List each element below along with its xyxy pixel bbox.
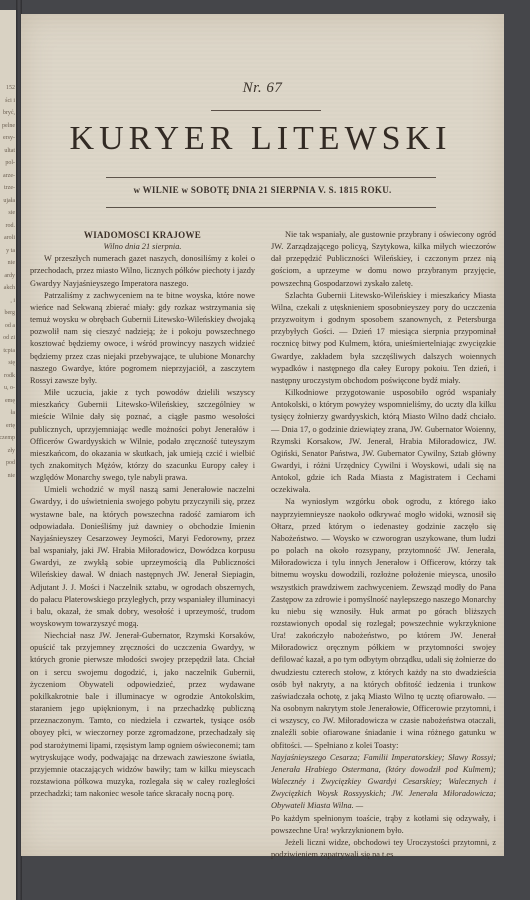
toasts-list: Nayjaśnieyszego Cesarza; Familii Imperat…: [271, 752, 496, 813]
masthead-title: KURYER LITEWSKI: [33, 120, 488, 158]
paragraph: Nie tak wspaniały, ale gustownie przybra…: [271, 229, 496, 290]
adjacent-page-text: emę: [5, 398, 15, 405]
adjacent-page-text: trze-: [4, 185, 15, 192]
adjacent-page-text: ertę: [6, 423, 15, 430]
paragraph: Umieli wchodzić w myśl naszą sami Jenera…: [30, 484, 255, 630]
adjacent-page-text: ultat: [4, 148, 15, 155]
adjacent-page-text: nie: [8, 260, 15, 267]
paragraph: Patrzaliśmy z zachwyceniem na te bitne w…: [30, 290, 255, 387]
paragraph: Miłe uczucia, jakie z tych powodów dziel…: [30, 387, 255, 484]
newspaper-page: Nr. 67 KURYER LITEWSKI w WILNIE w SOBOTĘ…: [21, 14, 504, 856]
adjacent-page-text: ujała: [3, 198, 15, 205]
adjacent-page-text: zły: [8, 448, 15, 455]
divider: [211, 110, 321, 111]
adjacent-page-text: rod.: [6, 223, 16, 230]
adjacent-page-text: pelne: [2, 123, 15, 130]
divider: [106, 207, 436, 208]
adjacent-page-text: od a: [5, 323, 15, 330]
adjacent-page-text: ersy-: [3, 135, 15, 142]
adjacent-page-text: pod: [6, 460, 15, 467]
adjacent-page-text: się: [8, 360, 15, 367]
paragraph: W przeszłych numerach gazet naszych, don…: [30, 253, 255, 289]
adjacent-page-text: nie: [8, 473, 15, 480]
adjacent-page-text: akch: [4, 285, 15, 292]
adjacent-page-text: pol-: [5, 160, 15, 167]
section-subheading: Wilno dnia 21 sierpnia.: [30, 241, 255, 253]
adjacent-page-text: ardy: [4, 273, 15, 280]
adjacent-page-text: czemp: [0, 435, 15, 442]
adjacent-page-text: 152: [6, 85, 15, 92]
paragraph: Na wyniosłym wzgórku obok ogrodu, z któr…: [271, 496, 496, 751]
adjacent-page-text: arze-: [3, 173, 15, 180]
dateline: w WILNIE w SOBOTĘ DNIA 21 SIERPNIA V. S.…: [21, 185, 504, 195]
adjacent-page-text: ła: [11, 410, 15, 417]
adjacent-page-text: y ta: [6, 248, 15, 255]
adjacent-page-text: sie: [8, 210, 15, 217]
adjacent-page-text: aroli: [4, 235, 15, 242]
issue-number: Nr. 67: [21, 80, 504, 97]
adjacent-page-text: rodk: [4, 373, 15, 380]
adjacent-page-text: bryć,: [3, 110, 15, 117]
paragraph: Po każdym spełnionym toaście, trąby z ko…: [271, 813, 496, 837]
adjacent-page-text: berg: [4, 310, 15, 317]
adjacent-page-edge: 152ści ibryć,pelneersy-ultatpol-arze-trz…: [0, 10, 16, 900]
column-left: WIADOMOSCI KRAJOWE Wilno dnia 21 sierpni…: [30, 229, 255, 800]
adjacent-page-text: ści i: [5, 98, 15, 105]
divider: [106, 177, 436, 178]
adjacent-page-text: u, o-: [4, 385, 15, 392]
adjacent-page-text: , i: [10, 298, 15, 305]
section-heading: WIADOMOSCI KRAJOWE: [30, 229, 255, 241]
paragraph: Jeżeli liczni widze, obchodowi tey Urocz…: [271, 837, 496, 861]
adjacent-page-text: tcpia: [3, 348, 15, 355]
column-right: Nie tak wspaniały, ale gustownie przybra…: [271, 229, 496, 861]
paragraph: Niechciał nasz JW. Jenerał-Gubernator, R…: [30, 630, 255, 800]
paragraph: Kilkodniowe przygotowanie usposobiło ogr…: [271, 387, 496, 496]
adjacent-page-text: od zi: [3, 335, 15, 342]
paragraph: Szlachta Gubernii Litewsko-Wileńskiey i …: [271, 290, 496, 387]
